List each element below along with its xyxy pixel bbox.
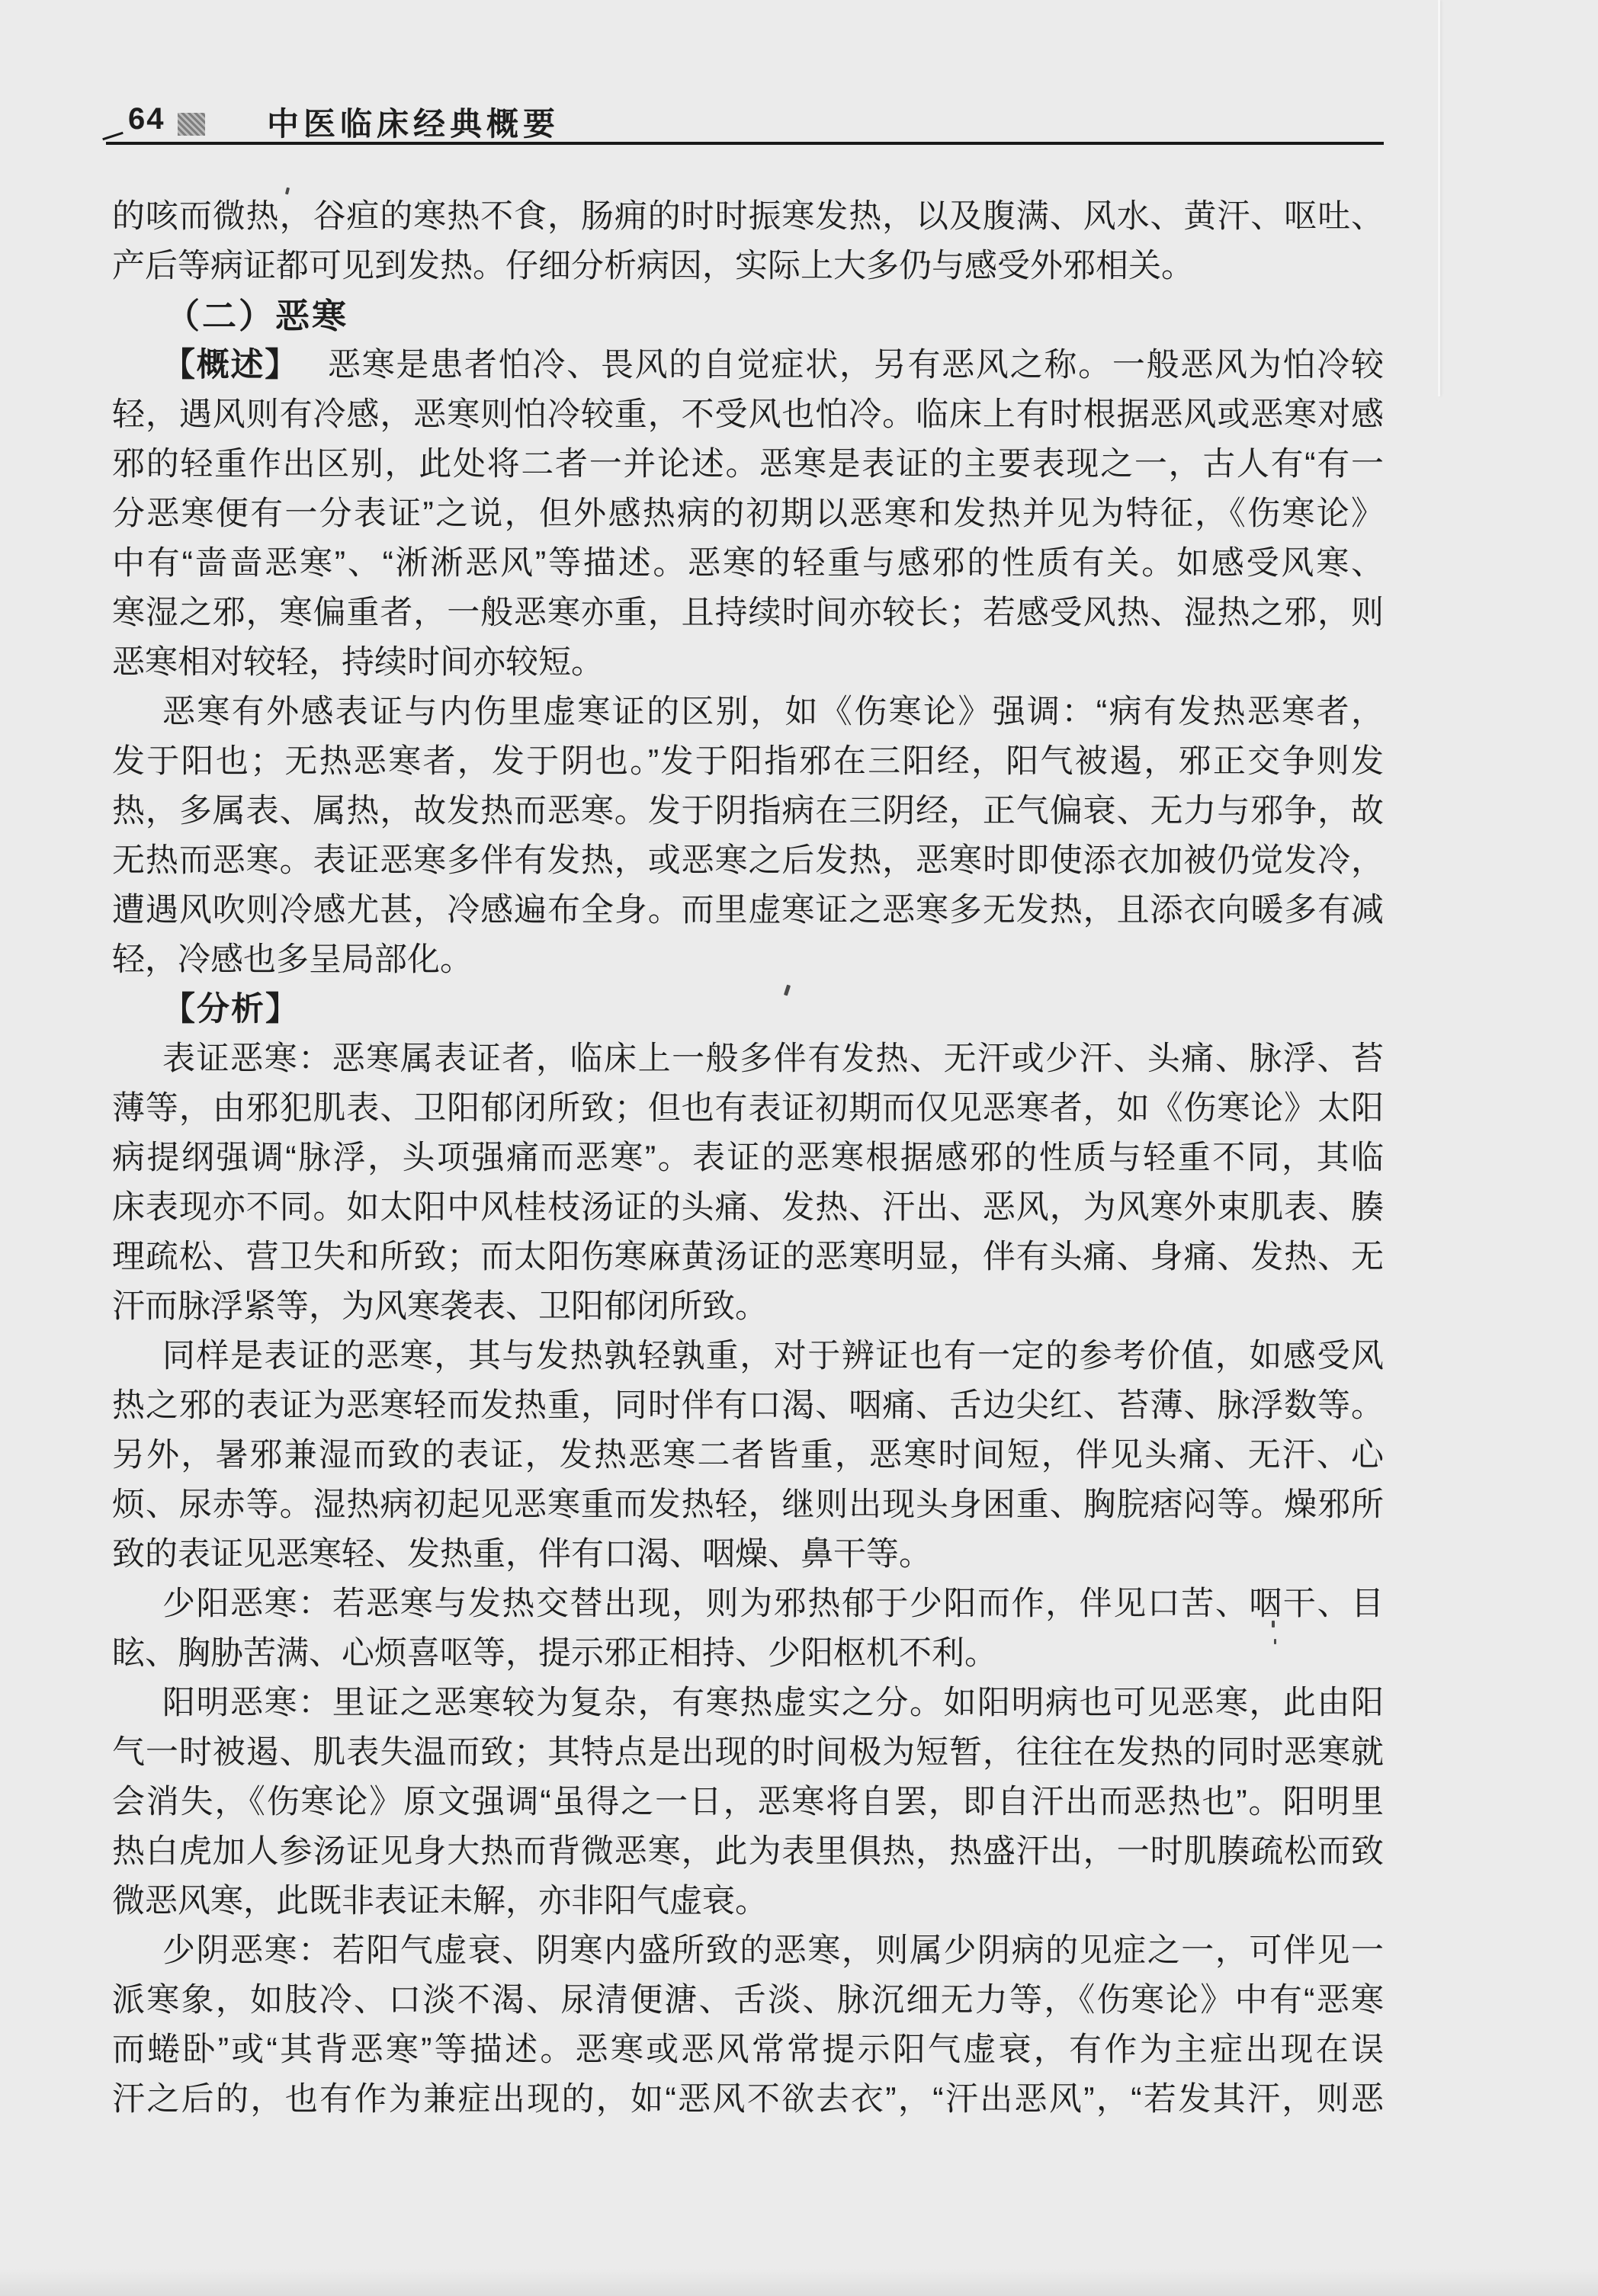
paragraph-yangming-wuhan-line-2: 气一时被遏、肌表失温而致；其特点是出现的时间极为短暂，往往在发热的同时恶寒就 [112,1728,1384,1778]
paragraph-shaoyin-wuhan-line-2: 派寒象，如肢冷、口淡不渴、尿清便溏、舌淡、脉沉细无力等，《伤寒论》中有“恶寒 [112,1976,1384,2025]
halftone-square-icon [178,113,205,136]
paragraph-yangming-wuhan-line-1: 阳明恶寒：里证之恶寒较为复杂，有寒热虚实之分。如阳明病也可见恶寒，此由阳 [112,1679,1384,1728]
paragraph-biaozheng-wuhan-line-2: 薄等，由邪犯肌表、卫阳郁闭所致；但也有表证初期而仅见恶寒者，如《伤寒论》太阳 [112,1084,1384,1134]
page-number: 64 [128,102,165,136]
paragraph-fever-continuation-line-1: 的咳而微热，谷疸的寒热不食，肠痈的时时振寒发热，以及腹满、风水、黄汗、呕吐、 [112,192,1384,242]
paragraph-shaoyin-wuhan-line-3: 而蜷卧”或“其背恶寒”等描述。恶寒或恶风常常提示阳气虚衰，有作为主症出现在误 [112,2025,1384,2075]
paragraph-overview-line-5: 中有“啬啬恶寒”、“淅淅恶风”等描述。恶寒的轻重与感邪的性质有关。如感受风寒、 [112,539,1384,588]
paragraph-biaozheng-lizheng-distinction-line-4: 无热而恶寒。表证恶寒多伴有发热，或恶寒之后发热，恶寒时即使添衣加被仍觉发冷， [112,836,1384,886]
paragraph-overview-line-7: 恶寒相对较轻，持续时间亦较短。 [112,638,1384,688]
paragraph-biaozheng-lizheng-distinction-line-3: 热，多属表、属热，故发热而恶寒。发于阴指病在三阴经，正气偏衰、无力与邪争，故 [112,787,1384,836]
bold-bracket-label: 【概述】 [162,347,299,383]
text-block: 的咳而微热，谷疸的寒热不食，肠痈的时时振寒发热，以及腹满、风水、黄汗、呕吐、产后… [112,192,1384,2124]
paragraph-yangming-wuhan-line-5: 微恶风寒，此既非表证未解，亦非阳气虚衰。 [112,1877,1384,1926]
paragraph-fever-continuation-line-2: 产后等病证都可见到发热。仔细分析病因，实际上大多仍与感受外邪相关。 [112,242,1384,291]
paragraph-biaozheng-lizheng-distinction-line-1: 恶寒有外感表证与内伤里虚寒证的区别，如《伤寒论》强调：“病有发热恶寒者， [112,688,1384,737]
section-heading-wuhan: （二）恶寒 [112,291,1384,341]
paragraph-overview-line-4: 分恶寒便有一分表证”之说，但外感热病的初期以恶寒和发热并见为特征，《伤寒论》 [112,489,1384,539]
book-title: 中医临床经典概要 [267,99,560,145]
paragraph-biaozheng-lizheng-distinction-line-6: 轻，冷感也多呈局部化。 [112,935,1384,985]
paragraph-shaoyang-wuhan-line-2: 眩、胸胁苦满、心烦喜呕等，提示邪正相持、少阳枢机不利。 [112,1629,1384,1679]
analysis-heading: 【分析】 [112,985,1384,1034]
paragraph-biaozheng-lizheng-distinction-line-5: 遭遇风吹则冷感尤甚，冷感遍布全身。而里虚寒证之恶寒多无发热，且添衣向暖多有减 [112,886,1384,935]
scan-margin-streak [1438,0,1440,396]
paragraph-biaozheng-wuhan-line-3: 病提纲强调“脉浮，头项强痛而恶寒”。表证的恶寒根据感邪的性质与轻重不同，其临 [112,1134,1384,1183]
paragraph-shaoyin-wuhan-line-4: 汗之后的，也有作为兼症出现的，如“恶风不欲去衣”，“汗出恶风”，“若发其汗，则恶 [112,2075,1384,2124]
paragraph-yangming-wuhan-line-4: 热白虎加人参汤证见身大热而背微恶寒，此为表里俱热，热盛汗出，一时肌腠疏松而致 [112,1827,1384,1877]
paragraph-biaozheng-wuhan-line-6: 汗而脉浮紧等，为风寒袭表、卫阳郁闭所致。 [112,1282,1384,1332]
paragraph-overview-line-6: 寒湿之邪，寒偏重者，一般恶寒亦重，且持续时间亦较长；若感受风热、湿热之邪，则 [112,588,1384,638]
paragraph-hanre-comparison-line-4: 烦、尿赤等。湿热病初起见恶寒重而发热轻，继则出现头身困重、胸脘痞闷等。燥邪所 [112,1480,1384,1530]
header-rule-tick [102,132,124,141]
header-rule [106,142,1384,145]
paragraph-biaozheng-wuhan-line-4: 床表现亦不同。如太阳中风桂枝汤证的头痛、发热、汗出、恶风，为风寒外束肌表、腠 [112,1183,1384,1233]
scan-speck [1272,1621,1275,1627]
paragraph-hanre-comparison-line-5: 致的表证见恶寒轻、发热重，伴有口渴、咽燥、鼻干等。 [112,1530,1384,1579]
paragraph-hanre-comparison-line-2: 热之邪的表证为恶寒轻而发热重，同时伴有口渴、咽痛、舌边尖红、苔薄、脉浮数等。 [112,1381,1384,1431]
book-page: 64 中医临床经典概要 的咳而微热，谷疸的寒热不食，肠痈的时时振寒发热，以及腹满… [0,0,1598,2296]
scan-bottom-shade [0,2269,1598,2296]
paragraph-biaozheng-wuhan-line-1: 表证恶寒：恶寒属表证者，临床上一般多伴有发热、无汗或少汗、头痛、脉浮、苔 [112,1034,1384,1084]
paragraph-overview-line-2: 轻，遇风则有冷感，恶寒则怕冷较重，不受风也怕冷。临床上有时根据恶风或恶寒对感 [112,390,1384,440]
paragraph-yangming-wuhan-line-3: 会消失，《伤寒论》原文强调“虽得之一日，恶寒将自罢，即自汗出而恶热也”。阳明里 [112,1778,1384,1827]
paragraph-overview-line-1: 【概述】恶寒是患者怕冷、畏风的自觉症状，另有恶风之称。一般恶风为怕冷较 [112,341,1384,390]
paragraph-hanre-comparison-line-1: 同样是表证的恶寒，其与发热孰轻孰重，对于辨证也有一定的参考价值，如感受风 [112,1332,1384,1381]
paragraph-biaozheng-lizheng-distinction-line-2: 发于阳也；无热恶寒者，发于阴也。”发于阳指邪在三阳经，阳气被遏，邪正交争则发 [112,737,1384,787]
paragraph-biaozheng-wuhan-line-5: 理疏松、营卫失和所致；而太阳伤寒麻黄汤证的恶寒明显，伴有头痛、身痛、发热、无 [112,1233,1384,1282]
paragraph-hanre-comparison-line-3: 另外，暑邪兼湿而致的表证，发热恶寒二者皆重，恶寒时间短，伴见头痛、无汗、心 [112,1431,1384,1480]
scan-speck [1274,1639,1276,1644]
paragraph-shaoyin-wuhan-line-1: 少阴恶寒：若阳气虚衰、阴寒内盛所致的恶寒，则属少阴病的见症之一，可伴见一 [112,1926,1384,1976]
paragraph-shaoyang-wuhan-line-1: 少阳恶寒：若恶寒与发热交替出现，则为邪热郁于少阳而作，伴见口苦、咽干、目 [112,1579,1384,1629]
paragraph-overview-line-3: 邪的轻重作出区别，此处将二者一并论述。恶寒是表证的主要表现之一，古人有“有一 [112,440,1384,489]
